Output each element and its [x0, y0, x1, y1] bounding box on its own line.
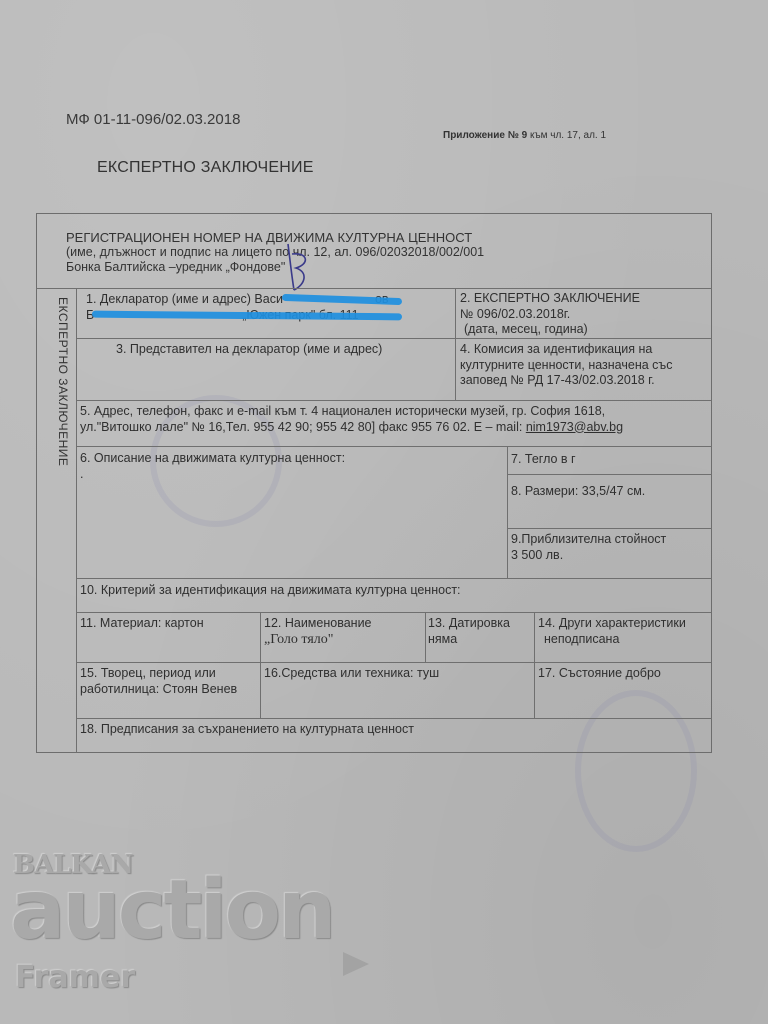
other-characteristics-value: неподписана — [538, 632, 686, 648]
field-other-characteristics: 14. Други характеристики неподписана — [538, 616, 686, 647]
play-arrow-icon — [343, 952, 369, 976]
field-title: 12. Наименование „Голо тяло" — [264, 616, 372, 647]
row-divider — [76, 718, 712, 719]
registration-block: РЕГИСТРАЦИОНЕН НОМЕР НА ДВИЖИМА КУЛТУРНА… — [66, 230, 484, 275]
side-column-divider — [76, 288, 77, 753]
side-label: ЕКСПЕРТНО ЗАКЛЮЧЕНИЕ — [40, 297, 70, 477]
title-value: „Голо тяло" — [264, 632, 372, 648]
declarant-label: 1. Декларатор (име и адрес) Васи — [86, 292, 283, 306]
document-title: ЕКСПЕРТНО ЗАКЛЮЧЕНИЕ — [97, 159, 314, 177]
field-estimated-value: 9.Приблизителна стойност 3 500 лв. — [511, 532, 666, 563]
expert-conclusion-title: 2. ЕКСПЕРТНО ЗАКЛЮЧЕНИЕ — [460, 291, 640, 307]
field-material: 11. Материал: картон — [80, 616, 204, 632]
row-divider — [507, 474, 712, 475]
dating-label: 13. Датировка — [428, 616, 510, 632]
document-code: МФ 01-11-096/02.03.2018 — [66, 111, 240, 128]
expert-conclusion-hint: (дата, месец, година) — [460, 322, 640, 338]
field-description: 6. Описание на движимата културна ценнос… — [80, 451, 345, 482]
row-divider — [76, 578, 712, 579]
watermark-auction: auction — [10, 866, 333, 956]
field-dimensions: 8. Размери: 33,5/47 см. — [511, 484, 645, 500]
signature-mark — [278, 238, 328, 298]
contact-email-link[interactable]: nim1973@abv.bg — [526, 420, 623, 434]
annex-article: към чл. 17, ал. 1 — [527, 130, 606, 141]
row-divider — [76, 446, 712, 447]
annex-reference: Приложение № 9 към чл. 17, ал. 1 — [443, 130, 606, 141]
registration-curator: Бонка Балтийска –уредник „Фондове" — [66, 260, 484, 275]
column-divider — [425, 612, 426, 662]
dating-value: няма — [428, 632, 510, 648]
description-label: 6. Описание на движимата културна ценнос… — [80, 451, 345, 467]
title-label: 12. Наименование — [264, 616, 372, 632]
estimated-value-label: 9.Приблизителна стойност — [511, 532, 666, 548]
description-value: . — [80, 467, 345, 483]
registration-person: (име, длъжност и подпис на лицето по чл.… — [66, 245, 484, 260]
row-divider — [76, 400, 712, 401]
field-creator: 15. Творец, период или работилница: Стоя… — [80, 666, 237, 697]
column-divider — [507, 446, 508, 578]
column-divider — [455, 288, 456, 400]
field-technique: 16.Средства или техника: туш — [264, 666, 439, 682]
column-divider — [260, 612, 261, 718]
annex-number: Приложение № 9 — [443, 130, 527, 141]
field-expert-conclusion: 2. ЕКСПЕРТНО ЗАКЛЮЧЕНИЕ № 096/02.03.2018… — [460, 291, 640, 338]
column-divider — [534, 612, 535, 718]
contact-phones: ул."Витошко лале" № 16,Тел. 955 42 90; 9… — [80, 420, 526, 434]
field-contact: 5. Адрес, телефон, факс и e-mail към т. … — [80, 404, 623, 435]
field-condition: 17. Състояние добро — [538, 666, 661, 682]
watermark-framer: Framer — [15, 960, 135, 995]
expert-conclusion-number: № 096/02.03.2018г. — [460, 307, 640, 323]
row-divider — [36, 288, 712, 289]
field-commission: 4. Комисия за идентификация на културнит… — [460, 342, 672, 389]
row-divider — [76, 612, 712, 613]
row-divider — [507, 528, 712, 529]
field-criterion: 10. Критерий за идентификация на движима… — [80, 583, 461, 599]
row-divider — [76, 338, 712, 339]
field-weight: 7. Тегло в г — [511, 452, 576, 468]
other-characteristics-label: 14. Други характеристики — [538, 616, 686, 632]
field-representative: 3. Представител на декларатор (име и адр… — [116, 342, 382, 358]
row-divider — [76, 662, 712, 663]
contact-address: 5. Адрес, телефон, факс и e-mail към т. … — [80, 404, 623, 420]
field-storage-prescriptions: 18. Предписания за съхранението на култу… — [80, 722, 414, 738]
estimated-value-amount: 3 500 лв. — [511, 548, 666, 564]
field-dating: 13. Датировка няма — [428, 616, 510, 647]
registration-title: РЕГИСТРАЦИОНЕН НОМЕР НА ДВИЖИМА КУЛТУРНА… — [66, 230, 484, 245]
